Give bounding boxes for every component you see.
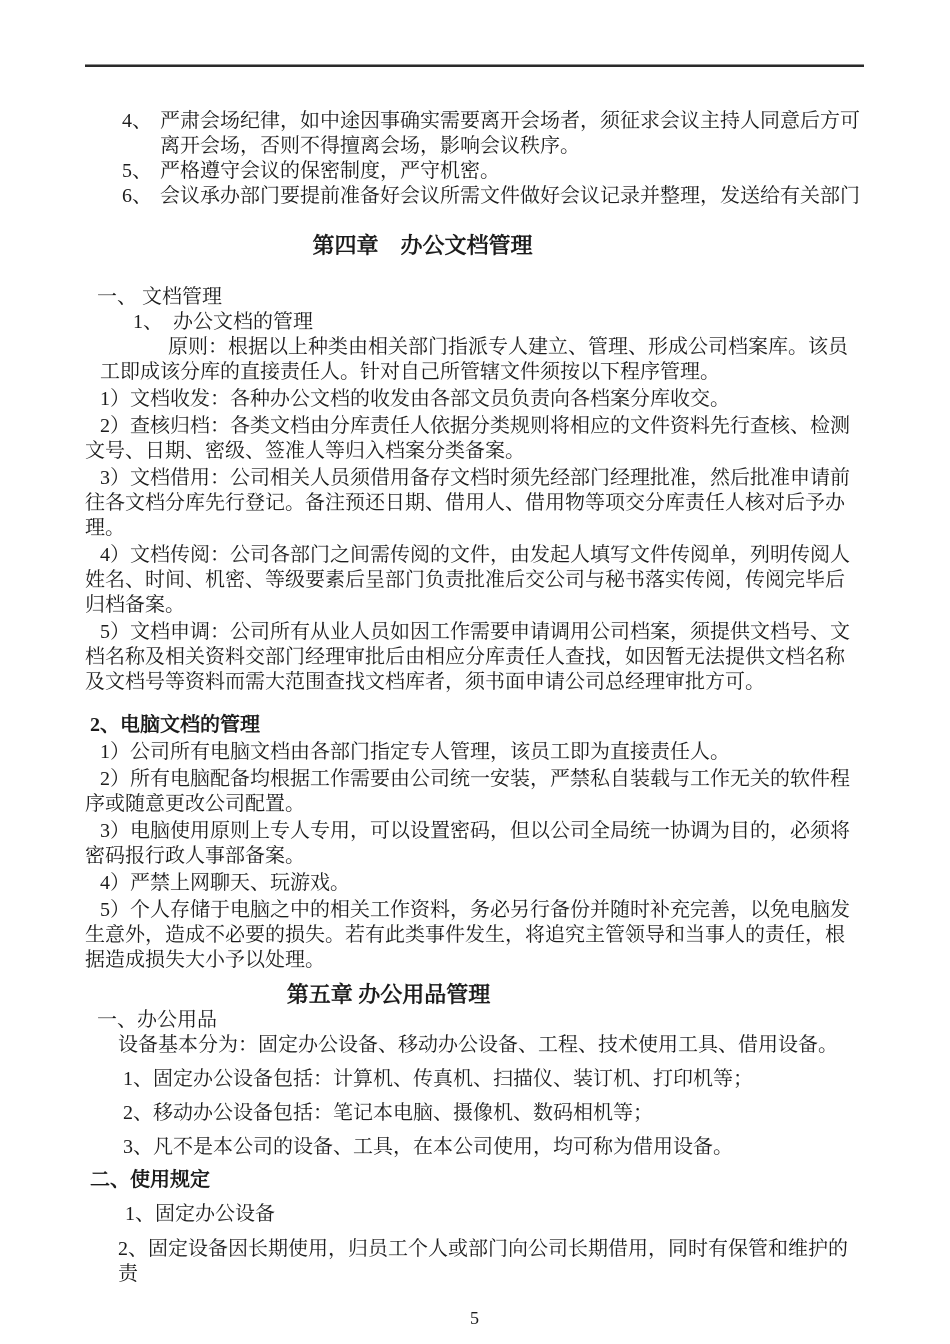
doc-item-receive-dispatch: 1）文档收发：各种办公文档的收发由各部文员负责向各档案分库收交。 bbox=[85, 387, 864, 412]
chapter-5-title: 第五章 办公用品管理 bbox=[85, 981, 864, 1008]
doc-item-check-archive: 2）查核归档：各类文档由分库责任人依据分类规则将相应的文件资料先行查核、检测文号… bbox=[85, 414, 864, 464]
computer-item-backup: 5）个人存储于电脑之中的相关工作资料，务必另行备份并随时补充完善，以免电脑发生意… bbox=[85, 898, 864, 973]
section-heading-usage-rules: 二、使用规定 bbox=[90, 1168, 864, 1193]
supplies-intro: 设备基本分为：固定办公设备、移动办公设备、工程、技术使用工具、借用设备。 bbox=[118, 1033, 864, 1058]
usage-item-long-term: 2、固定设备因长期使用，归员工个人或部门向公司长期借用，同时有保管和维护的责 bbox=[118, 1237, 864, 1287]
section-heading-office-supplies: 一、办公用品 bbox=[97, 1008, 864, 1033]
principle-paragraph: 原则：根据以上种类由相关部门指派专人建立、管理、形成公司档案库。该员工即成该分库… bbox=[85, 335, 864, 385]
supply-item-fixed: 1、固定办公设备包括：计算机、传真机、扫描仪、装订机、打印机等； bbox=[123, 1067, 864, 1092]
list-item-number: 4、 bbox=[122, 109, 160, 134]
list-item: 6、会议承办部门要提前准备好会议所需文件做好会议记录并整理，发送给有关部门 bbox=[85, 184, 864, 209]
computer-item-password: 3）电脑使用原则上专人专用，可以设置密码，但以公司全局统一协调为目的，必须将密码… bbox=[85, 819, 864, 869]
usage-item-fixed-equipment: 1、固定办公设备 bbox=[125, 1202, 864, 1227]
meeting-rules-list: 4、严肃会场纪律，如中途因事确实需要离开会场者，须征求会议主持人同意后方可离开会… bbox=[85, 109, 864, 209]
list-item-number: 5、 bbox=[122, 159, 160, 184]
page-number: 5 bbox=[85, 1307, 864, 1329]
subsection-heading-office-doc-management: 1、 办公文档的管理 bbox=[133, 310, 864, 335]
list-item-text: 会议承办部门要提前准备好会议所需文件做好会议记录并整理，发送给有关部门 bbox=[160, 185, 860, 207]
computer-item-software: 2）所有电脑配备均根据工作需要由公司统一安装，严禁私自装载与工作无关的软件程序或… bbox=[85, 767, 864, 817]
supply-item-borrowed: 3、凡不是本公司的设备、工具，在本公司使用，均可称为借用设备。 bbox=[123, 1135, 864, 1160]
supply-item-mobile: 2、移动办公设备包括：笔记本电脑、摄像机、数码相机等； bbox=[123, 1101, 864, 1126]
document-page: 4、严肃会场纪律，如中途因事确实需要离开会场者，须征求会议主持人同意后方可离开会… bbox=[0, 0, 950, 1344]
doc-item-request: 5）文档申调：公司所有从业人员如因工作需要申请调用公司档案，须提供文档号、文档名… bbox=[85, 620, 864, 695]
section-heading-document-management: 一、 文档管理 bbox=[97, 285, 864, 310]
list-item: 5、严格遵守会议的保密制度，严守机密。 bbox=[85, 159, 864, 184]
list-item-number: 6、 bbox=[122, 184, 160, 209]
header-rule bbox=[85, 64, 864, 67]
subsection-heading-computer-doc-management: 2、电脑文档的管理 bbox=[90, 713, 864, 738]
computer-item-no-games: 4）严禁上网聊天、玩游戏。 bbox=[85, 871, 864, 896]
list-item: 4、严肃会场纪律，如中途因事确实需要离开会场者，须征求会议主持人同意后方可离开会… bbox=[85, 109, 864, 159]
chapter-4-title: 第四章 办公文档管理 bbox=[85, 232, 864, 259]
list-item-text: 严格遵守会议的保密制度，严守机密。 bbox=[160, 160, 500, 182]
doc-item-borrow: 3）文档借用：公司相关人员须借用备存文档时须先经部门经理批准，然后批准申请前往各… bbox=[85, 466, 864, 541]
computer-item-responsibility: 1）公司所有电脑文档由各部门指定专人管理，该员工即为直接责任人。 bbox=[85, 740, 864, 765]
doc-item-circulate: 4）文档传阅：公司各部门之间需传阅的文件，由发起人填写文件传阅单，列明传阅人姓名… bbox=[85, 543, 864, 618]
list-item-text: 严肃会场纪律，如中途因事确实需要离开会场者，须征求会议主持人同意后方可离开会场，… bbox=[160, 110, 860, 157]
